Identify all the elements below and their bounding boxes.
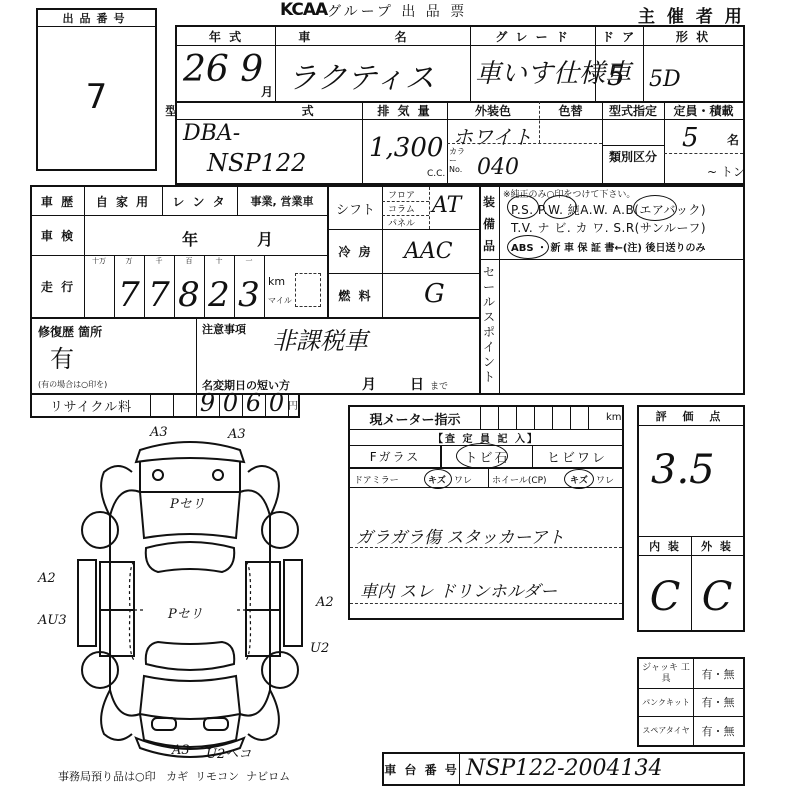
repair-note: (有の場合は○印を) <box>38 379 107 390</box>
mileage-digit-header: 千 <box>144 255 174 267</box>
shape-label: 形 状 <box>643 27 743 45</box>
fuel-value[interactable]: G <box>424 279 445 309</box>
meter-inspection-table: 現メーター指示 km 【査 定 員 記 入】 Fガラス トビ石 ヒビワレ ドアミ… <box>348 405 624 620</box>
vehicle-info-table: 年 式 車 名 グ レ ー ド ド ア 形 状 26 9 月 ラクティス 車いす… <box>175 25 745 185</box>
wheel-option-crack[interactable]: ワレ <box>596 473 614 486</box>
inspector-notes-line1[interactable]: ガラガラ傷 スタッカーアト <box>356 523 565 548</box>
mileage-digit-header: 万 <box>114 255 144 267</box>
mileage-unit-mile: マイル <box>268 295 292 306</box>
mileage-digit[interactable]: 8 <box>174 273 204 317</box>
mileage-digit[interactable] <box>84 273 114 317</box>
recycle-fee-digit[interactable]: 6 <box>242 389 265 417</box>
chip-circle-mark <box>456 443 508 469</box>
organizer-label: 主 催 者 用 <box>638 2 745 27</box>
sales-point-label: セールスポイント <box>483 265 497 385</box>
mark-front-left: A3 <box>149 425 168 440</box>
chassis-number-box: 車 台 番 号 NSP122-2004134 <box>382 752 745 786</box>
wheel-scratch-circle-mark <box>564 469 594 489</box>
mileage-digit[interactable]: 3 <box>234 273 264 317</box>
f-glass-option-crack[interactable]: ヒビワレ <box>532 445 622 467</box>
history-option-business[interactable]: 事業, 営業車 <box>237 187 327 215</box>
exterior-color-value[interactable]: ホワイト <box>453 121 532 150</box>
displacement-value[interactable]: 1,300 <box>369 133 443 163</box>
color-no-value[interactable]: 040 <box>477 155 519 180</box>
class-label: 類別区分 <box>602 147 664 165</box>
history-label: 車 歴 <box>32 187 84 215</box>
mark-rear-bumper-right: U2ヘコ <box>206 747 251 762</box>
mark-hood: Pセリ <box>169 497 205 512</box>
mark-front-right: A3 <box>227 427 246 442</box>
model-type-value-line1[interactable]: DBA- <box>183 121 240 146</box>
recycle-fee-digit[interactable] <box>173 389 196 417</box>
meter-digit-cell[interactable] <box>498 407 499 429</box>
name-change-month: 月 <box>362 374 378 394</box>
inspector-notes-line2[interactable]: 車内 スレ ドリンホルダー <box>360 577 557 602</box>
name-change-until: まで <box>430 379 448 392</box>
meter-unit: km <box>606 412 622 423</box>
history-option-private[interactable]: 自 家 用 <box>84 187 162 215</box>
meter-digit-cell[interactable] <box>480 407 481 429</box>
name-change-day: 日 <box>410 374 426 394</box>
mileage-digit-header: 百 <box>174 255 204 267</box>
capacity-persons-unit: 名 <box>727 131 739 148</box>
lot-number-value: 7 <box>38 27 155 167</box>
mark-left-rear-door: AU3 <box>37 613 67 628</box>
shift-option-floor[interactable]: フロア <box>388 188 415 201</box>
caution-value[interactable]: 非課税車 <box>272 321 368 356</box>
meter-label: 現メーター指示 <box>350 407 480 429</box>
color-no-label: カラー No. <box>449 147 469 174</box>
equipment-table: 装備品 ※純正のみ○印をつけて下さい。 P.S. P.W. 純A.W. A.B(… <box>479 185 745 395</box>
doors-value[interactable]: 5 <box>607 59 625 92</box>
accessory-spare-tire-label: スペアタイヤ <box>639 716 693 745</box>
mileage-unit-km: km <box>268 275 285 288</box>
equipment-label: 装備品 <box>483 191 497 257</box>
inspection-label: 車 検 <box>32 215 84 255</box>
shape-value[interactable]: 5D <box>649 67 681 92</box>
score-value[interactable]: 3.5 <box>651 447 715 493</box>
recycle-fee-digit[interactable]: 0 <box>265 389 288 417</box>
mileage-label: 走 行 <box>32 255 84 317</box>
mirror-label: ドアミラー <box>354 473 399 486</box>
mileage-digit-header: 十 <box>204 255 234 267</box>
ps-circle-mark <box>507 195 539 219</box>
exterior-color-label: 外装色 <box>447 101 539 119</box>
history-table: 車 歴 自 家 用 レ ン タ 事業, 営業車 車 検 年 月 走 行 十万万7… <box>30 185 495 395</box>
mark-left-door: A2 <box>37 571 56 586</box>
mileage-digit-header: 十万 <box>84 255 114 267</box>
grade-label: グ レ ー ド <box>470 27 595 45</box>
mileage-digit[interactable]: 2 <box>204 273 234 317</box>
inspection-year-unit: 年 <box>182 227 200 250</box>
diagram-footer: 事務局預り品は○印 カギ リモコン ナビロム <box>58 768 290 784</box>
recycle-fee-digit[interactable] <box>150 389 173 417</box>
accessory-spare-tire-value[interactable]: 有・無 <box>693 716 743 745</box>
car-name-label: 車 名 <box>275 27 470 45</box>
car-damage-diagram[interactable]: A3 A3 Pセリ Pセリ A2 AU3 A2 U2 A3 U2ヘコ <box>0 420 345 770</box>
lot-number-box: 出品番号 7 <box>36 8 157 171</box>
abs-circle-mark <box>507 235 549 259</box>
interior-value[interactable]: C <box>639 567 691 627</box>
car-name-value[interactable]: ラクティス <box>287 53 435 97</box>
recycle-fee-label: リサイクル料 <box>32 395 150 416</box>
ac-value[interactable]: AAC <box>404 239 453 264</box>
displacement-unit: C.C. <box>427 169 445 179</box>
inspection-month-unit: 月 <box>257 227 275 250</box>
mark-rear-bumper-left: A3 <box>171 743 190 758</box>
capacity-tons-unit: ~ トン <box>707 163 745 180</box>
score-table: 評 価 点 3.5 内 装 外 装 C C <box>637 405 745 632</box>
header-title: グループ 出 品 票 <box>327 1 467 21</box>
header-brand: KCAA <box>280 0 327 20</box>
accessory-jack-value[interactable]: 有・無 <box>693 659 743 688</box>
meter-digit-cell[interactable] <box>552 407 553 429</box>
doors-label: ド ア <box>595 27 643 45</box>
year-value[interactable]: 26 9 <box>183 49 263 90</box>
mirror-scratch-circle-mark <box>424 469 452 489</box>
capacity-persons-value[interactable]: 5 <box>682 123 699 153</box>
lot-number-label: 出品番号 <box>38 10 155 27</box>
year-month-unit: 月 <box>261 83 273 100</box>
recycle-fee-digit[interactable]: 9 <box>196 389 219 417</box>
mileage-digit-header: 一 <box>234 255 264 267</box>
capacity-label: 定員・積載 <box>664 101 743 119</box>
accessory-jack-label: ジャッキ 工具 <box>641 659 691 688</box>
accessory-puncture-kit-label: パンクキット <box>639 688 693 716</box>
mark-roof: Pセリ <box>167 607 203 622</box>
shift-value[interactable]: AT <box>432 193 461 218</box>
model-type-label: 型 式 <box>177 101 362 119</box>
repair-value[interactable]: 有 <box>50 339 74 374</box>
exterior-label: 外 装 <box>691 536 743 555</box>
model-designation-label: 型式指定 <box>602 101 664 119</box>
mileage-mile-checkbox[interactable] <box>295 273 321 307</box>
shift-option-panel[interactable]: パネル <box>388 216 415 229</box>
mileage-digit[interactable]: 7 <box>114 273 144 317</box>
recycle-fee-unit: 円 <box>288 397 298 412</box>
mark-right-rear: U2 <box>310 641 329 656</box>
interior-label: 内 装 <box>639 536 691 555</box>
exterior-value[interactable]: C <box>691 567 743 627</box>
model-type-value-line2[interactable]: NSP122 <box>207 149 306 177</box>
meter-digit-cell[interactable] <box>534 407 535 429</box>
shift-option-column[interactable]: コラム <box>388 202 415 215</box>
pw-circle-mark <box>543 195 577 219</box>
fuel-label: 燃 料 <box>329 273 382 317</box>
accessories-table: ジャッキ 工具 有・無 パンクキット 有・無 スペアタイヤ 有・無 <box>637 657 745 747</box>
accessory-puncture-kit-value[interactable]: 有・無 <box>693 688 743 716</box>
recycle-fee-digit[interactable]: 0 <box>219 389 242 417</box>
shift-label: シフト <box>329 187 382 229</box>
color-change-label: 色替 <box>539 101 602 119</box>
meter-digit-cell[interactable] <box>516 407 517 429</box>
mileage-digit[interactable]: 7 <box>144 273 174 317</box>
chassis-number-label: 車 台 番 号 <box>384 754 460 784</box>
mirror-option-crack[interactable]: ワレ <box>454 473 472 486</box>
f-glass-label: Fガラス <box>350 445 442 467</box>
displacement-label: 排 気 量 <box>362 101 447 119</box>
meter-digit-cell[interactable] <box>570 407 571 429</box>
chassis-number-value[interactable]: NSP122-2004134 <box>466 756 663 781</box>
ab-circle-mark <box>633 195 677 221</box>
wheel-label: ホイール(CP) <box>492 473 547 486</box>
meter-digit-cell[interactable] <box>588 407 589 429</box>
history-option-rental[interactable]: レ ン タ <box>162 187 237 215</box>
score-label: 評 価 点 <box>639 407 743 425</box>
caution-label: 注意事項 <box>202 321 246 337</box>
equipment-line2[interactable]: T.V. ナ ビ. カ ワ. S.R(サンルーフ) <box>511 219 706 236</box>
ac-label: 冷 房 <box>329 229 382 273</box>
year-label: 年 式 <box>177 27 275 45</box>
recycle-fee-row: リサイクル料 9060 円 <box>30 393 300 418</box>
mark-right-door: A2 <box>315 595 334 610</box>
repair-label: 修復歴 箇所 <box>38 323 102 340</box>
